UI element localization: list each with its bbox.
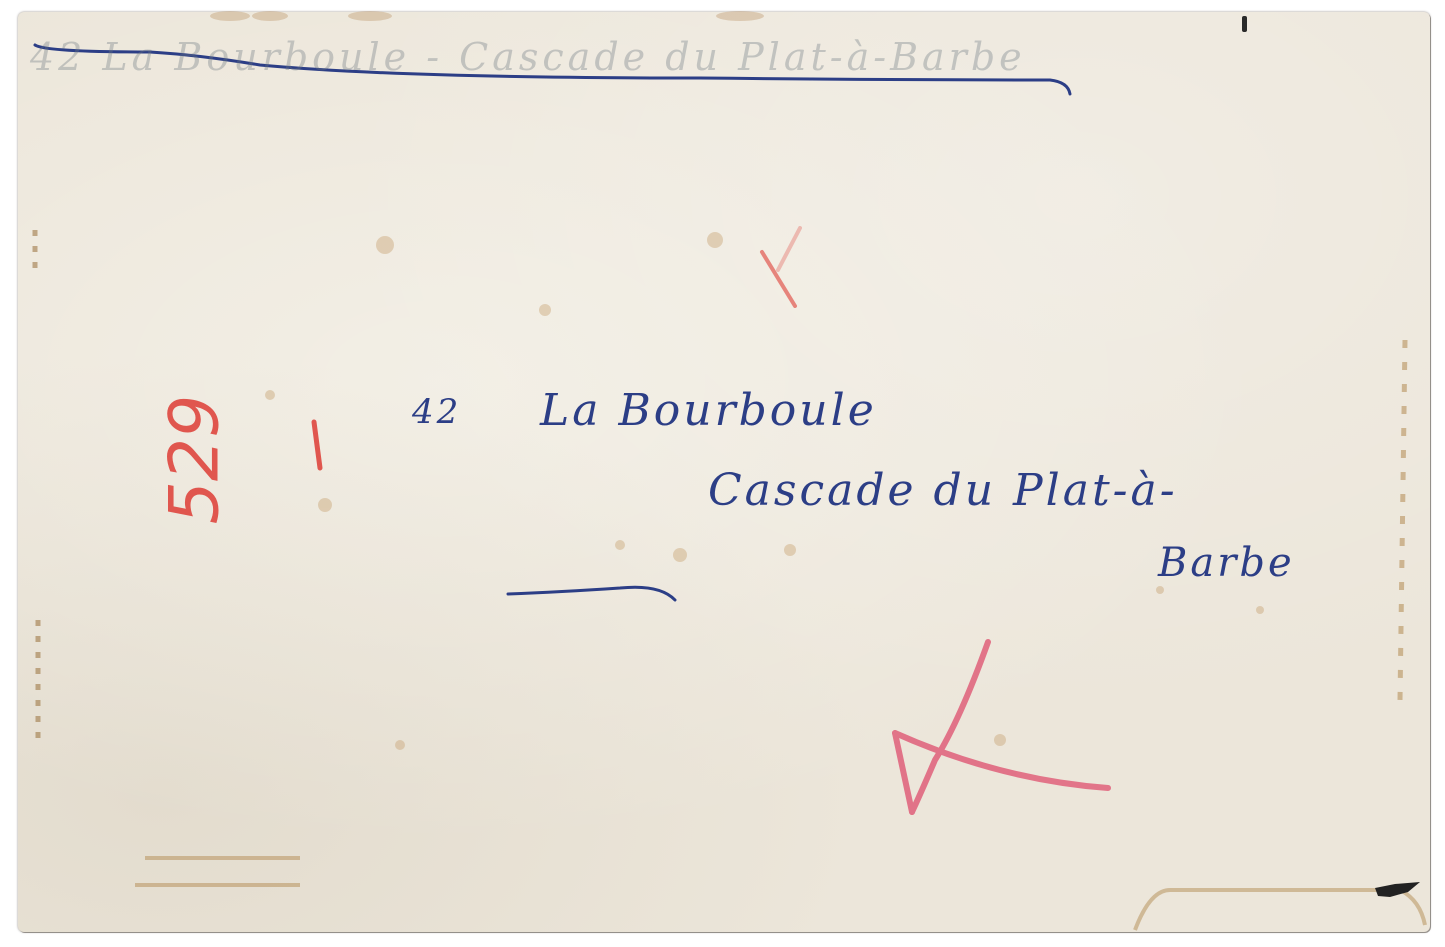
caption-line-3: Barbe bbox=[1158, 540, 1295, 586]
edge-chip bbox=[1375, 882, 1420, 897]
right-edge-stain bbox=[1400, 340, 1405, 700]
small-red-check-mark bbox=[762, 228, 800, 306]
caption-line-1: La Bourboule bbox=[540, 385, 877, 436]
red-inventory-number: 529 bbox=[155, 395, 234, 525]
large-pink-check-mark bbox=[895, 642, 1108, 812]
blue-underline bbox=[508, 587, 675, 600]
edge-chip bbox=[1242, 16, 1247, 32]
caption-line-2: Cascade du Plat-à- bbox=[708, 465, 1178, 516]
caption-number: 42 bbox=[412, 392, 461, 432]
faint-pencil-caption: 42 La Bourboule - Cascade du Plat-à-Barb… bbox=[30, 35, 1026, 79]
red-tick-mark bbox=[314, 422, 320, 468]
